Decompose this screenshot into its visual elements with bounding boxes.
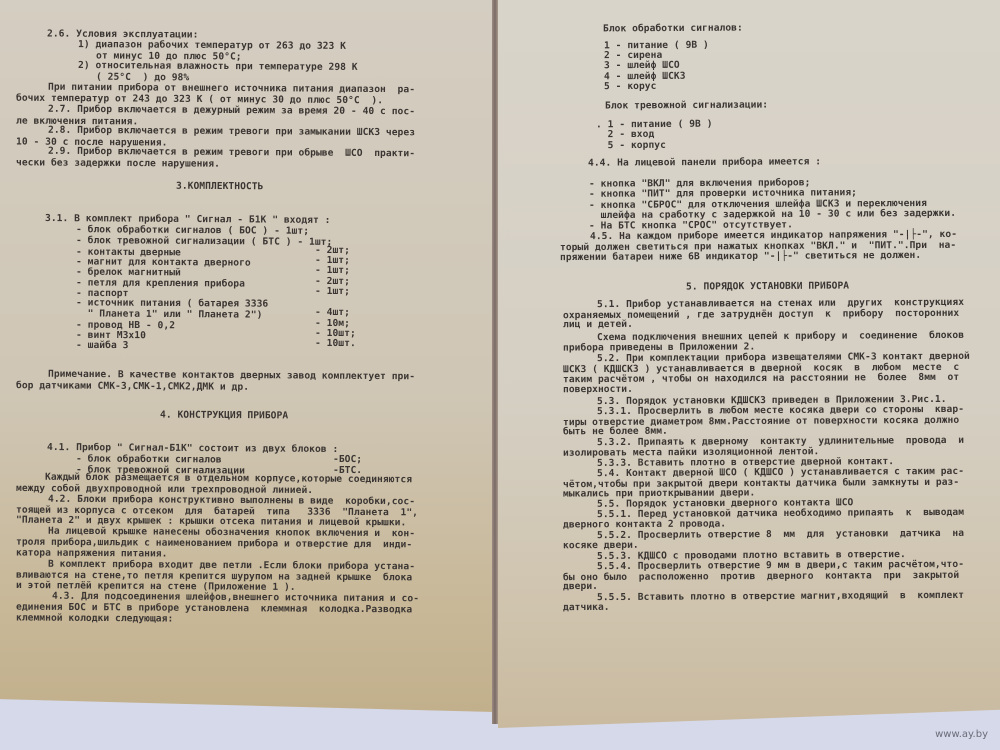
note-line: бор датчиками СМК-3,СМК-1,СМК2,ДМК и др.: [16, 381, 249, 393]
terminal-item: 5 - корпус: [596, 141, 666, 152]
paragraph-line: двери.: [563, 582, 598, 593]
paragraph-line: 5.5.5. Вставить плотно в отверстие магни…: [597, 591, 964, 604]
kit-item-name: - шайба 3: [76, 341, 129, 352]
terminal-item: 5 - корус: [604, 82, 657, 93]
bts-heading: Блок тревожной сигнализации:: [605, 101, 768, 112]
kit-item-qty: - 10шт.: [315, 339, 356, 350]
section-3-heading: 3.КОМПЛЕКТНОСТЬ: [176, 182, 263, 193]
page-gutter: [492, 0, 498, 724]
watermark: www.ay.by: [935, 729, 988, 740]
paragraph-line: клеммной колодки следующая:: [16, 614, 173, 626]
section-4-heading: 4. КОНСТРУКЦИЯ ПРИБОРА: [160, 411, 288, 422]
paragraph-line: чески без задержки после нарушения.: [16, 158, 220, 170]
paragraph-line: бы оно было расположенно против дверного…: [563, 570, 959, 583]
paragraph-line: датчика.: [563, 602, 610, 613]
kit-item-qty: - 1шт;: [315, 287, 350, 298]
paragraph-line: 5.5.2. Просверлить отверстие 8 мм для ус…: [597, 529, 964, 542]
paragraph-line: косяке двери.: [563, 540, 639, 551]
front-panel-intro: 4.4. На лицевой панели прибора имеется :: [588, 157, 821, 169]
paragraph-line: лиц и детей.: [563, 320, 633, 331]
paragraph-line: поверхности.: [563, 385, 633, 396]
bos-heading: Блок обработки сигналов:: [603, 24, 743, 35]
section-5-heading: 5. ПОРЯДОК УСТАНОВКИ ПРИБОРА: [686, 282, 849, 293]
